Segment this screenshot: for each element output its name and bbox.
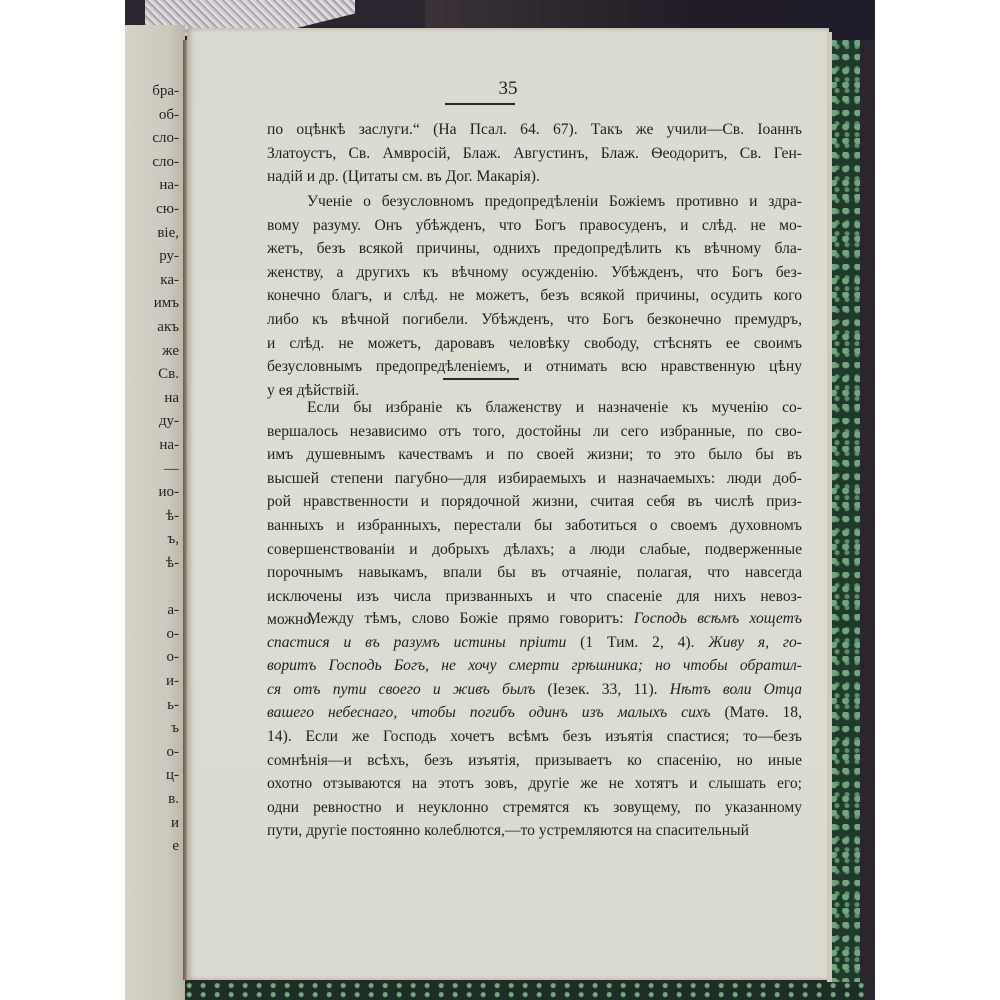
text-line: безусловнымъ предопредѣленіемъ, и отнима… — [267, 355, 802, 379]
text-line: Если бы избраніе къ блаженству и назначе… — [267, 396, 802, 420]
text-line: охотно отзываются на этотъ зовъ, другіе … — [267, 772, 802, 796]
text-line: надій и др. (Цитаты см. въ Дог. Макарія)… — [267, 165, 802, 189]
text-line: Ученіе о безусловномъ предопредѣленіи Бо… — [267, 190, 802, 214]
text-line: ванныхъ и избранныхъ, перестали бы забот… — [267, 514, 802, 538]
left-page-fragment: ду- — [159, 413, 179, 430]
left-page-fragment: ѣ- — [166, 508, 179, 525]
left-page-fragment: ъ — [171, 720, 179, 737]
text-line: женству, а другихъ къ вѣчному осужденію.… — [267, 261, 802, 285]
left-page-fragment: об- — [159, 107, 179, 124]
left-page-fragment: на- — [159, 437, 179, 454]
left-page-fragment: ру- — [159, 248, 179, 265]
text-line: порочнымъ навыкамъ, впали бы въ отчаяніе… — [267, 561, 802, 585]
text-line: сомнѣнія—и всѣхъ, безъ изъятія, призывае… — [267, 749, 802, 773]
paragraph-2: Ученіе о безусловномъ предопредѣленіи Бо… — [267, 190, 802, 402]
left-page-fragment: ѣ- — [166, 555, 179, 572]
paragraph-3: Если бы избраніе къ блаженству и назначе… — [267, 396, 802, 632]
text-line: имъ душевнымъ качествамъ и по своей жизн… — [267, 443, 802, 467]
left-page-fragment: о- — [167, 744, 180, 761]
left-page-fragment: о- — [167, 649, 180, 666]
left-page-fragment: сло- — [152, 154, 179, 171]
page-number-rule — [445, 103, 515, 105]
text-line: вашего небеснаго, чтобы погибъ одинъ изъ… — [267, 701, 802, 725]
left-page-fragment: акъ — [157, 319, 179, 336]
text-line: 14). Если же Господь хочетъ всѣмъ безъ и… — [267, 725, 802, 749]
text-line: вому разуму. Онъ убѣжденъ, что Богъ прав… — [267, 214, 802, 238]
left-page-fragment: ио- — [158, 484, 179, 501]
left-page-fragment: сю- — [156, 201, 179, 218]
section-divider — [443, 378, 519, 380]
left-page-fragment: ц- — [166, 767, 179, 784]
text-line: конечно благъ, и слѣд. не можетъ, безъ в… — [267, 284, 802, 308]
left-page-fragment: Св. — [158, 366, 179, 383]
left-page-fragment: же — [162, 343, 179, 360]
text-line: пути, другіе постоянно колеблются,—то ус… — [267, 819, 802, 843]
book-photo: бра-об-сло-сло-на-сю-віе,ру-ка-имъакъжеС… — [125, 0, 875, 1000]
text-line: жетъ, безъ всякой причины, однихъ предоп… — [267, 237, 802, 261]
marbled-cover-edge — [830, 40, 860, 995]
left-page-fragment: имъ — [154, 295, 179, 312]
text-line: Между тѣмъ, слово Божіе прямо говоритъ: … — [267, 607, 802, 631]
text-line: по оцѣнкѣ заслуги.“ (На Псал. 64. 67). Т… — [267, 118, 802, 142]
text-line: одни ревностно и неуклонно стремятся къ … — [267, 796, 802, 820]
left-page-fragment: на — [164, 390, 179, 407]
left-page: бра-об-сло-сло-на-сю-віе,ру-ка-имъакъжеС… — [125, 25, 185, 1000]
text-line: воритъ Господь Богъ, не хочу смерти грѣш… — [267, 654, 802, 678]
left-page-fragment: ъ, — [167, 531, 179, 548]
marbled-cover-bottom — [185, 982, 865, 1000]
text-line: совершенствованіи и добрыхъ дѣлахъ; а лю… — [267, 538, 802, 562]
text-line: Златоустъ, Св. Амвросій, Блаж. Августинъ… — [267, 142, 802, 166]
text-line: рой нравственности и порядочной жизни, с… — [267, 490, 802, 514]
left-page-fragment: віе, — [157, 225, 179, 242]
left-page-fragment: и — [171, 815, 179, 832]
left-page-fragment: и- — [166, 673, 179, 690]
left-page-fragment: на- — [159, 177, 179, 194]
right-page: 35 по оцѣнкѣ заслуги.“ (На Псал. 64. 67)… — [187, 28, 829, 980]
text-line: и слѣд. не можетъ, даровавъ человѣку сво… — [267, 332, 802, 356]
left-page-fragment: о- — [167, 626, 180, 643]
left-page-fragment: е — [172, 838, 179, 855]
text-line: спастися и въ разумъ истины пріити (1 Ти… — [267, 631, 802, 655]
text-line: высшей степени пагубно—для избираемыхъ и… — [267, 467, 802, 491]
text-line: ся отъ пути своего и живъ былъ (Іезек. 3… — [267, 678, 802, 702]
page-edge — [827, 32, 832, 982]
left-page-fragment: бра- — [152, 83, 179, 100]
left-page-fragment: ь- — [167, 697, 179, 714]
left-page-fragment: — — [164, 461, 179, 478]
text-line: либо къ вѣчной погибели. Убѣжденъ, что Б… — [267, 308, 802, 332]
left-page-fragment: сло- — [152, 130, 179, 147]
left-page-fragment: а- — [167, 602, 179, 619]
left-page-fragment: ка- — [160, 272, 179, 289]
page-number: 35 — [187, 78, 829, 100]
text-line: исключены изъ числа призванныхъ и что сп… — [267, 585, 802, 609]
paragraph-4: Между тѣмъ, слово Божіе прямо говоритъ: … — [267, 607, 802, 843]
text-line: вершалось независимо отъ того, достойны … — [267, 420, 802, 444]
paragraph-1: по оцѣнкѣ заслуги.“ (На Псал. 64. 67). Т… — [267, 118, 802, 189]
left-page-fragment: в. — [168, 791, 179, 808]
